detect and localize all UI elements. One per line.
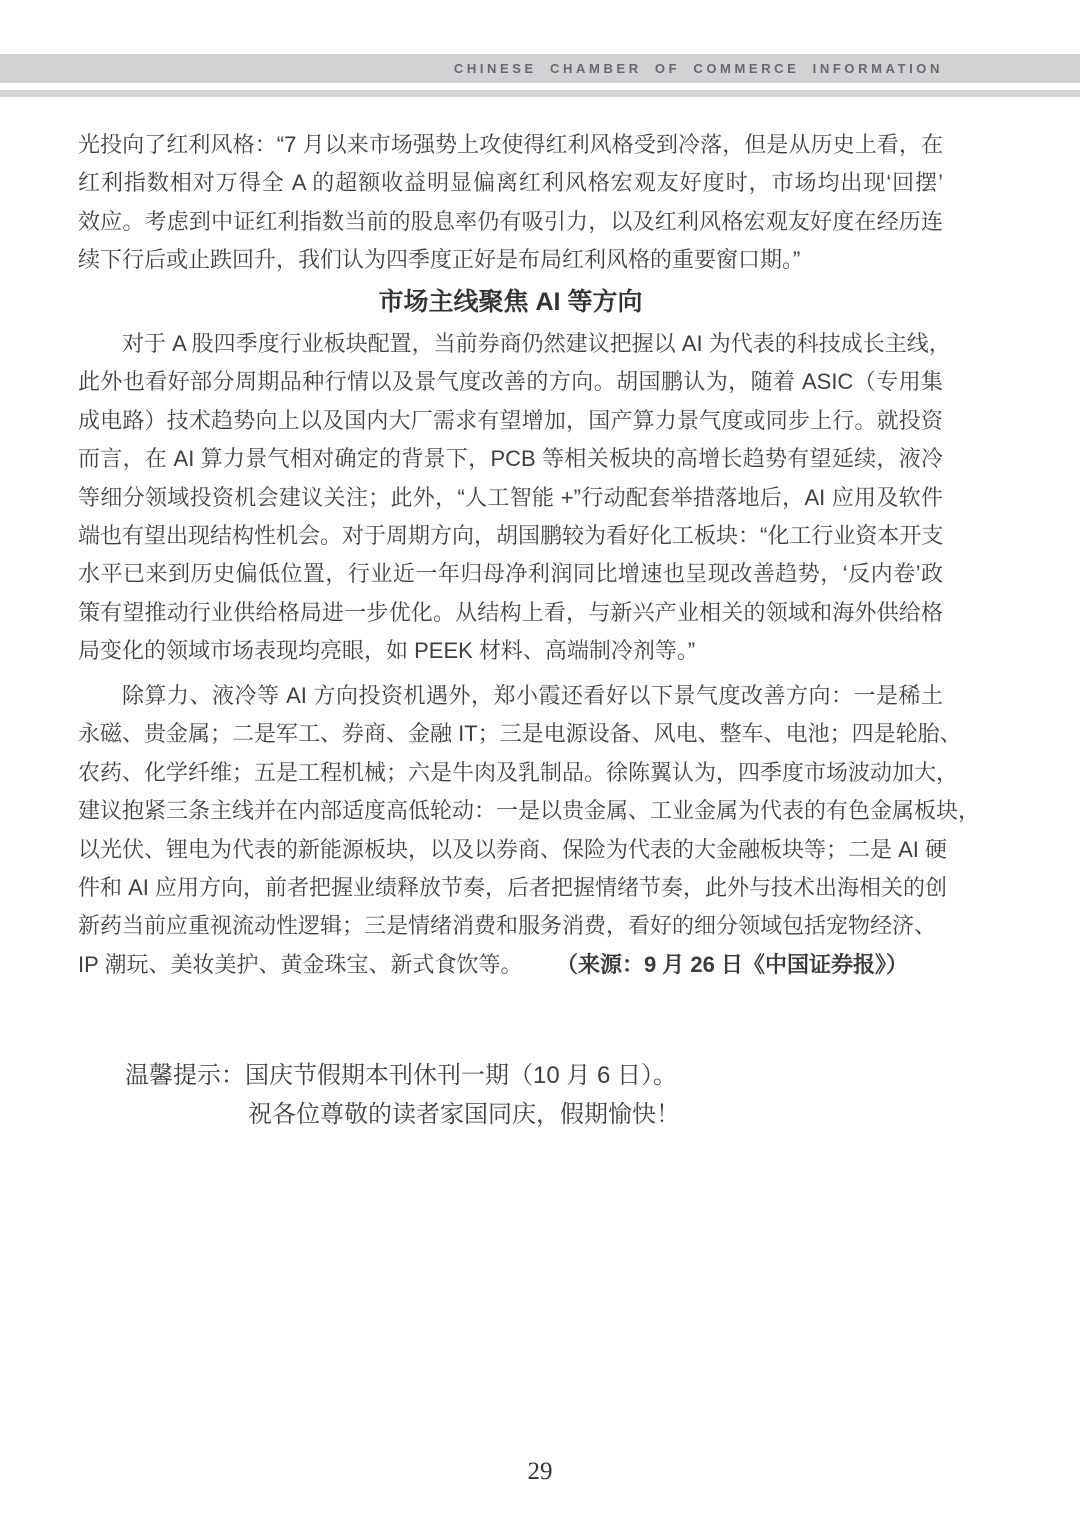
text-line: 对于 A 股四季度行业板块配置，当前券商仍然建议把握以 AI 为代表的科技成长主…	[78, 325, 943, 363]
holiday-notice-line-1: 温馨提示：国庆节假期本刊休刊一期（10 月 6 日）。	[78, 1056, 943, 1095]
text-line: 水平已来到历史偏低位置，行业近一年归母净利润同比增速也呈现改善趋势，‘反内卷’政	[78, 555, 943, 593]
text-line: 策有望推动行业供给格局进一步优化。从结构上看，与新兴产业相关的领域和海外供给格	[78, 594, 943, 632]
text-line: 农药、化学纤维；五是工程机械；六是牛肉及乳制品。徐陈翼认为，四季度市场波动加大，	[78, 754, 943, 792]
text-line: 等细分领域投资机会建议关注；此外，“人工智能 +”行动配套举措落地后，AI 应用…	[78, 479, 943, 517]
text-line: 成电路）技术趋势向上以及国内大厂需求有望增加，国产算力景气度或同步上行。就投资	[78, 402, 943, 440]
header-banner-title: CHINESE CHAMBER OF COMMERCE INFORMATION	[454, 61, 943, 76]
source-attribution: （来源：9 月 26 日《中国证券报》）	[556, 946, 908, 984]
header-rule	[0, 90, 1080, 97]
text-line: 局变化的领域市场表现均亮眼，如 PEEK 材料、高端制冷剂等。”	[78, 632, 943, 670]
text-line: 此外也看好部分周期品种行情以及景气度改善的方向。胡国鹏认为，随着 ASIC（专用…	[78, 363, 943, 401]
paragraph-improvement-directions: 除算力、液冷等 AI 方向投资机遇外，郑小霞还看好以下景气度改善方向：一是稀土永…	[78, 677, 943, 984]
final-line: IP 潮玩、美妆美护、黄金珠宝、新式食饮等。 （来源：9 月 26 日《中国证券…	[78, 946, 943, 984]
document-page: CHINESE CHAMBER OF COMMERCE INFORMATION …	[0, 0, 1080, 1525]
page-number: 29	[0, 1458, 1080, 1486]
final-line-text: IP 潮玩、美妆美护、黄金珠宝、新式食饮等。	[78, 946, 523, 984]
text-line: 红利指数相对万得全 A 的超额收益明显偏离红利风格宏观友好度时，市场均出现‘回摆…	[78, 164, 943, 202]
paragraph-lines: 除算力、液冷等 AI 方向投资机遇外，郑小霞还看好以下景气度改善方向：一是稀土永…	[78, 677, 943, 946]
text-line: 光投向了红利风格：“7 月以来市场强势上攻使得红利风格受到冷落，但是从历史上看，…	[78, 126, 943, 164]
text-line: 新药当前应重视流动性逻辑；三是情绪消费和服务消费，看好的细分领域包括宠物经济、	[78, 907, 943, 945]
text-line: 端也有望出现结构性机会。对于周期方向，胡国鹏较为看好化工板块：“化工行业资本开支	[78, 517, 943, 555]
text-line: 永磁、贵金属；二是军工、券商、金融 IT；三是电源设备、风电、整车、电池；四是轮…	[78, 715, 943, 753]
holiday-notice-line-2: 祝各位尊敬的读者家国同庆，假期愉快！	[78, 1095, 943, 1134]
text-line: 除算力、液冷等 AI 方向投资机遇外，郑小霞还看好以下景气度改善方向：一是稀土	[78, 677, 943, 715]
paragraph-ai-outlook: 对于 A 股四季度行业板块配置，当前券商仍然建议把握以 AI 为代表的科技成长主…	[78, 325, 943, 671]
text-line: 而言，在 AI 算力景气相对确定的背景下，PCB 等相关板块的高增长趋势有望延续…	[78, 440, 943, 478]
section-heading: 市场主线聚焦 AI 等方向	[78, 281, 943, 323]
header-banner: CHINESE CHAMBER OF COMMERCE INFORMATION	[0, 54, 1080, 83]
text-line: 效应。考虑到中证红利指数当前的股息率仍有吸引力，以及红利风格宏观友好度在经历连	[78, 203, 943, 241]
continuation-paragraph: 光投向了红利风格：“7 月以来市场强势上攻使得红利风格受到冷落，但是从历史上看，…	[78, 126, 943, 280]
text-line: 以光伏、锂电为代表的新能源板块，以及以券商、保险为代表的大金融板块等；二是 AI…	[78, 831, 943, 869]
text-line: 建议抱紧三条主线并在内部适度高低轮动：一是以贵金属、工业金属为代表的有色金属板块…	[78, 792, 943, 830]
text-line: 续下行后或止跌回升，我们认为四季度正好是布局红利风格的重要窗口期。”	[78, 241, 943, 279]
holiday-notice: 温馨提示：国庆节假期本刊休刊一期（10 月 6 日）。 祝各位尊敬的读者家国同庆…	[78, 1056, 943, 1134]
text-line: 件和 AI 应用方向，前者把握业绩释放节奏，后者把握情绪节奏，此外与技术出海相关…	[78, 869, 943, 907]
